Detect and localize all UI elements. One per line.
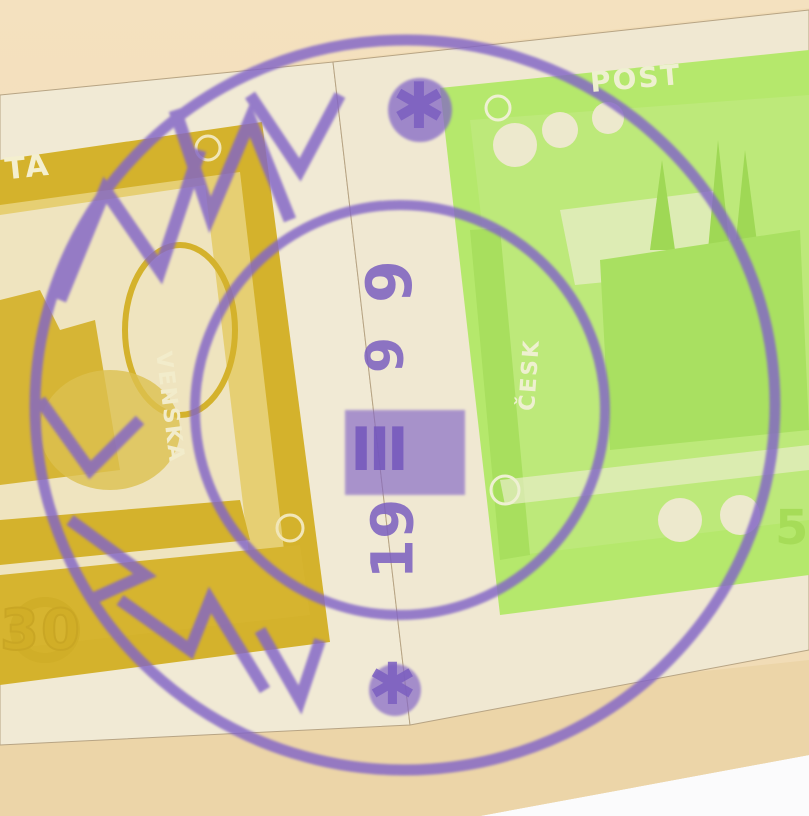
photo-scene: [0, 0, 809, 816]
